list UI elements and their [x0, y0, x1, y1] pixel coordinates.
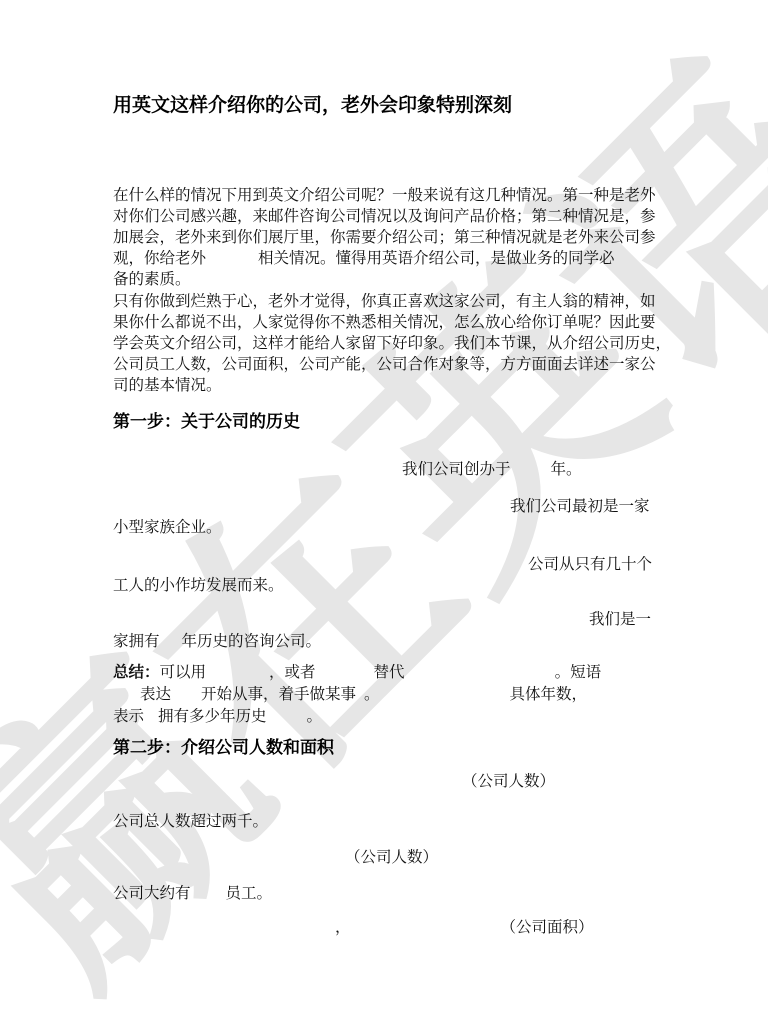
document-title: 用英文这样介绍你的公司，老外会印象特别深刻: [113, 90, 512, 117]
text-segment: 开始从事，着手做某事: [201, 686, 356, 703]
text-segment: 公司从只有几十个: [528, 556, 652, 573]
document-page: 赢在英语 用英文这样介绍你的公司，老外会印象特别深刻 在什么样的情况下用到英文介…: [0, 0, 768, 1024]
text-line: 备的素质。: [113, 270, 191, 290]
text-line: （公司人数）: [345, 848, 438, 868]
text-line: 公司大约有员工。: [113, 884, 272, 904]
text-segment: （公司人数）: [345, 849, 438, 866]
text-line: 我们公司创办于年。: [402, 460, 582, 480]
text-line: 学会英文介绍公司，这样才能给人家留下好印象。我们本节课，从介绍公司历史，: [113, 334, 671, 354]
fill-in-blank-space: [511, 473, 551, 474]
text-segment: 对你们公司感兴趣，来邮件咨询公司情况以及询问产品价格；第二种情况是，参: [113, 208, 656, 225]
text-segment: 员工。: [226, 885, 273, 902]
fill-in-blank-space: [206, 676, 269, 677]
fill-in-blank-space: [316, 676, 374, 677]
fill-in-blank-space: [356, 698, 364, 699]
text-segment: 我们是一: [589, 611, 651, 628]
text-segment: 我们公司最初是一家: [510, 498, 650, 515]
text-segment: 司的基本情况。: [113, 377, 222, 394]
text-line: ，（公司面积）: [335, 918, 594, 938]
fill-in-blank-space: [405, 676, 555, 677]
text-line: （公司人数）: [462, 772, 555, 792]
text-segment: ，: [335, 919, 351, 936]
text-segment: 表示: [113, 708, 144, 725]
fill-in-blank-space: [351, 931, 501, 932]
text-segment: 工人的小作坊发展而来。: [113, 577, 284, 594]
text-line: 对你们公司感兴趣，来邮件咨询公司情况以及询问产品价格；第二种情况是，参: [113, 207, 656, 227]
text-segment: 拥有多少年历史: [158, 708, 267, 725]
fill-in-blank-space: [160, 645, 182, 646]
text-line: 只有你做到烂熟于心，老外才觉得，你真正喜欢这家公司，有主人翁的精神，如: [113, 292, 656, 312]
text-line: 家拥有年历史的咨询公司。: [113, 632, 321, 652]
text-line: 公司总人数超过两千。: [113, 812, 268, 832]
text-segment: 第一步：关于公司的历史: [113, 412, 300, 431]
section-heading: 第二步：介绍公司人数和面积: [113, 738, 334, 758]
text-segment: 。短语: [555, 664, 602, 681]
text-line: 我们是一: [589, 610, 651, 630]
fill-in-blank-space: [267, 720, 307, 721]
text-line: 在什么样的情况下用到英文介绍公司呢？一般来说有这几种情况。第一种是老外: [113, 186, 656, 206]
text-line: 果你什么都说不出，人家觉得你不熟悉相关情况，怎么放心给你订单呢？因此要: [113, 313, 656, 333]
text-segment: 果你什么都说不出，人家觉得你不熟悉相关情况，怎么放心给你订单呢？因此要: [113, 314, 656, 331]
text-line: 公司员工人数，公司面积，公司产能，公司合作对象等，方方面面去详述一家公: [113, 355, 656, 375]
text-segment: 年历史的咨询公司。: [182, 633, 322, 650]
fill-in-blank-space: [206, 262, 258, 263]
text-segment: 观，你给老外: [113, 250, 206, 267]
text-line: 加展会，老外来到你们展厅里，你需要介绍公司；第三种情况就是老外来公司参: [113, 228, 656, 248]
text-segment: 第二步：介绍公司人数和面积: [113, 738, 334, 757]
text-segment: （公司人数）: [462, 773, 555, 790]
text-segment: ，或者: [269, 664, 316, 681]
text-segment: 相关情况。懂得用英语介绍公司，是做业务的同学必: [258, 250, 615, 267]
fill-in-blank-space: [380, 698, 510, 699]
text-line: 工人的小作坊发展而来。: [113, 576, 284, 596]
text-segment: 替代: [374, 664, 405, 681]
text-segment: 公司总人数超过两千。: [113, 813, 268, 830]
text-line: 小型家族企业。: [113, 518, 222, 538]
text-line: 表达开始从事，着手做某事。具体年数，: [140, 685, 587, 705]
text-segment: 家拥有: [113, 633, 160, 650]
fill-in-blank-space: [191, 897, 226, 898]
text-segment: 小型家族企业。: [113, 519, 222, 536]
fill-in-blank-space: [171, 698, 201, 699]
text-segment: 可以用: [160, 664, 207, 681]
text-segment: 备的素质。: [113, 271, 191, 288]
section-heading: 第一步：关于公司的历史: [113, 412, 300, 432]
text-segment: 公司大约有: [113, 885, 191, 902]
fill-in-blank-space: [144, 720, 158, 721]
text-segment: 我们公司创办于: [402, 461, 511, 478]
text-segment: 在什么样的情况下用到英文介绍公司呢？一般来说有这几种情况。第一种是老外: [113, 187, 656, 204]
text-segment: 学会英文介绍公司，这样才能给人家留下好印象。我们本节课，从介绍公司历史，: [113, 335, 671, 352]
text-segment: 。: [364, 686, 380, 703]
text-segment: 。: [307, 708, 323, 725]
text-segment: 年。: [551, 461, 582, 478]
text-line: 观，你给老外相关情况。懂得用英语介绍公司，是做业务的同学必: [113, 249, 615, 269]
text-segment: 加展会，老外来到你们展厅里，你需要介绍公司；第三种情况就是老外来公司参: [113, 229, 656, 246]
text-segment: 总结：: [113, 664, 160, 681]
text-segment: （公司面积）: [501, 919, 594, 936]
text-line: 总结：可以用，或者替代。短语: [113, 663, 601, 683]
text-line: 我们公司最初是一家: [510, 497, 650, 517]
text-line: 司的基本情况。: [113, 376, 222, 396]
text-line: 表示拥有多少年历史。: [113, 707, 322, 727]
text-segment: 具体年数，: [510, 686, 588, 703]
text-segment: 只有你做到烂熟于心，老外才觉得，你真正喜欢这家公司，有主人翁的精神，如: [113, 293, 656, 310]
text-segment: 表达: [140, 686, 171, 703]
text-line: 公司从只有几十个: [528, 555, 652, 575]
text-segment: 公司员工人数，公司面积，公司产能，公司合作对象等，方方面面去详述一家公: [113, 356, 656, 373]
